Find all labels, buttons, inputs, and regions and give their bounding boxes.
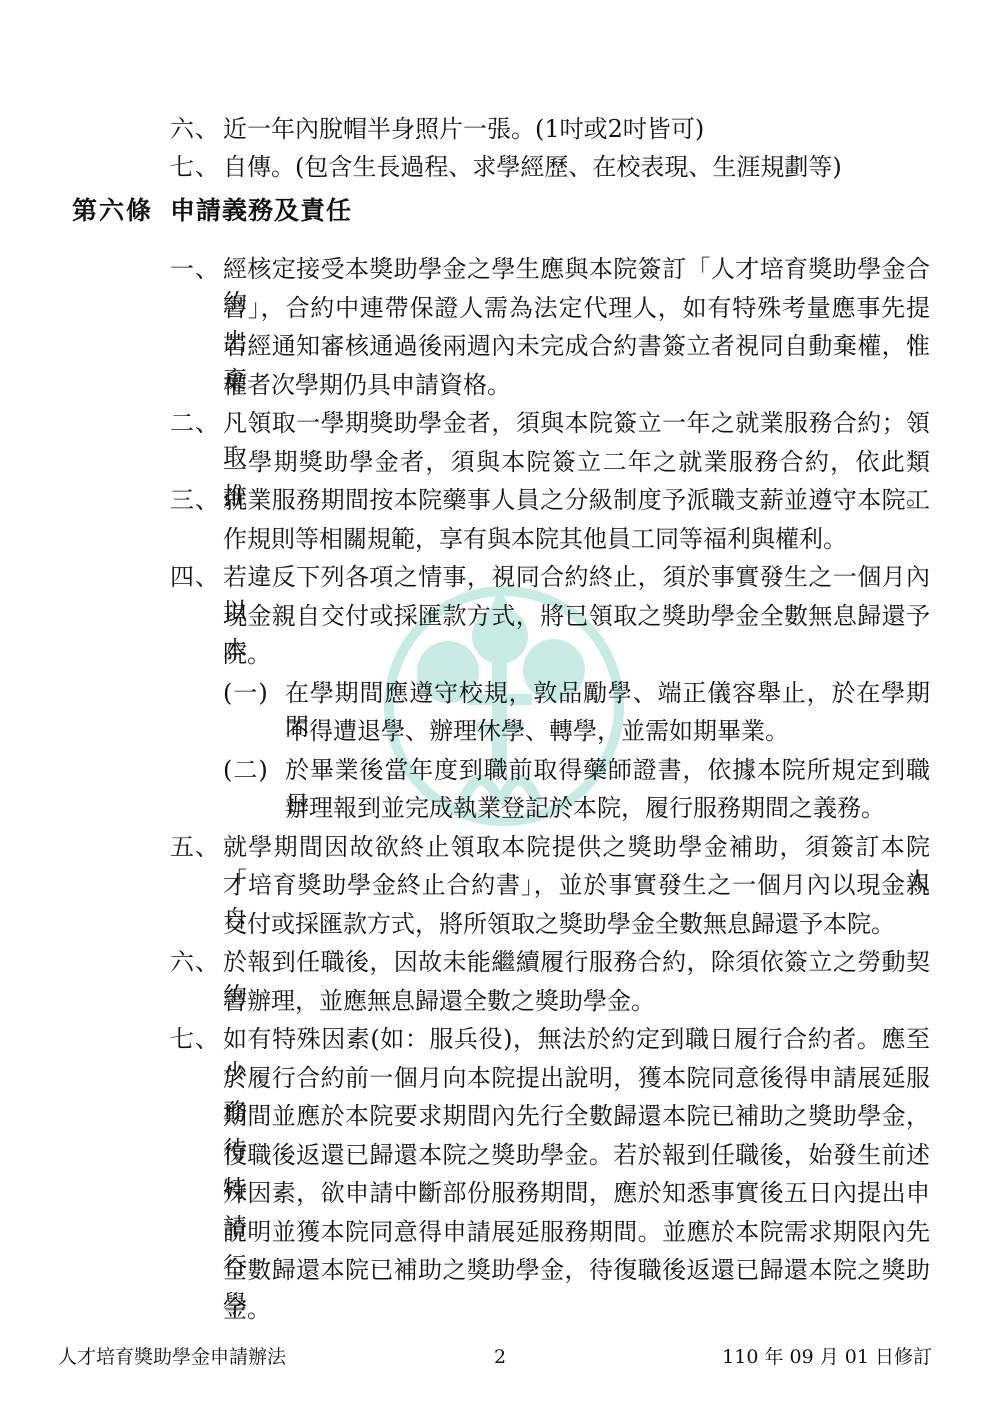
body-line: 權者次學期仍具申請資格。 bbox=[0, 368, 1000, 407]
body-line: 二、凡領取一學期獎助學金者，須與本院簽立一年之就業服務合約；領取 bbox=[0, 406, 1000, 445]
document-body: 六、近一年內脫帽半身照片一張。(1吋或2吋皆可)七、自傳。(包含生長過程、求學經… bbox=[0, 0, 1000, 1414]
body-line: 才培育獎助學金終止合約書」，並於事實發生之一個月內以現金親自 bbox=[0, 868, 1000, 907]
line-text: 金。 bbox=[223, 1292, 930, 1326]
body-line: 現金親自交付或採匯款方式，將已領取之獎助學金全數無息歸還予本 bbox=[0, 599, 1000, 638]
list-number: 七、 bbox=[170, 150, 220, 184]
list-number: 一、 bbox=[170, 252, 220, 286]
body-line: 五、就學期間因故欲終止領取本院提供之獎助學金補助，須簽訂本院「人 bbox=[0, 830, 1000, 869]
list-number: 四、 bbox=[170, 560, 220, 594]
line-text: 不得遭退學、辦理休學、轉學，並需如期畢業。 bbox=[285, 714, 930, 748]
body-line: 六、近一年內脫帽半身照片一張。(1吋或2吋皆可) bbox=[0, 112, 1000, 151]
body-line: 金。 bbox=[0, 1292, 1000, 1331]
document-page: 第六條 申請義務及責任 六、近一年內脫帽半身照片一張。(1吋或2吋皆可)七、自傳… bbox=[0, 0, 1000, 1414]
body-line: 於履行合約前一個月向本院提出說明，獲本院同意後得申請展延服務 bbox=[0, 1061, 1000, 1100]
footer: 人才培育獎助學金申請辦法 2 110 年 09 月 01 日修訂 bbox=[0, 1344, 1000, 1374]
line-text: 交付或採匯款方式，將所領取之獎助學金全數無息歸還予本院。 bbox=[223, 907, 930, 941]
body-line: 六、於報到任職後，因故未能繼續履行服務合約，除須依簽立之勞動契約 bbox=[0, 945, 1000, 984]
body-line: 七、如有特殊因素(如：服兵役)，無法於約定到職日履行合約者。應至少 bbox=[0, 1022, 1000, 1061]
body-line: 三、就業服務期間按本院藥事人員之分級制度予派職支薪並遵守本院工 bbox=[0, 483, 1000, 522]
body-line: 一、經核定接受本獎助學金之學生應與本院簽訂「人才培育獎助學金合約 bbox=[0, 252, 1000, 291]
body-line: 全數歸還本院已補助之獎助學金，待復職後返還已歸還本院之獎助學 bbox=[0, 1253, 1000, 1292]
line-text: 書辦理，並應無息歸還全數之獎助學金。 bbox=[223, 984, 930, 1018]
list-number: (二) bbox=[223, 753, 269, 787]
list-number: 六、 bbox=[170, 945, 220, 979]
list-number: (一) bbox=[223, 676, 269, 710]
body-line: 不得遭退學、辦理休學、轉學，並需如期畢業。 bbox=[0, 714, 1000, 753]
list-number: 七、 bbox=[170, 1022, 220, 1056]
body-line: 書辦理，並應無息歸還全數之獎助學金。 bbox=[0, 984, 1000, 1023]
body-line: 二學期獎助學金者，須與本院簽立二年之就業服務合約，依此類推。 bbox=[0, 445, 1000, 484]
line-text: 權者次學期仍具申請資格。 bbox=[223, 368, 930, 402]
line-text: 近一年內脫帽半身照片一張。(1吋或2吋皆可) bbox=[223, 112, 930, 146]
body-line: 書」，合約中連帶保證人需為法定代理人，如有特殊考量應事先提出； bbox=[0, 291, 1000, 330]
body-line: 七、自傳。(包含生長過程、求學經歷、在校表現、生涯規劃等) bbox=[0, 150, 1000, 189]
body-line: 復職後返還已歸還本院之獎助學金。若於報到任職後，始發生前述特 bbox=[0, 1138, 1000, 1177]
body-line: 說明並獲本院同意得申請展延服務期間。並應於本院需求期限內先行 bbox=[0, 1215, 1000, 1254]
body-line: 辦理報到並完成執業登記於本院，履行服務期間之義務。 bbox=[0, 791, 1000, 830]
line-text: 自傳。(包含生長過程、求學經歷、在校表現、生涯規劃等) bbox=[223, 150, 930, 184]
list-number: 六、 bbox=[170, 112, 220, 146]
line-text: 辦理報到並完成執業登記於本院，履行服務期間之義務。 bbox=[285, 791, 930, 825]
body-line: (二)於畢業後當年度到職前取得藥師證書，依據本院所規定到職日 bbox=[0, 753, 1000, 792]
footer-revision-date: 110 年 09 月 01 日修訂 bbox=[722, 1344, 932, 1370]
body-line: 作規則等相關規範，享有與本院其他員工同等福利與權利。 bbox=[0, 522, 1000, 561]
list-number: 五、 bbox=[170, 830, 220, 864]
body-line: (一)在學期間應遵守校規，敦品勵學、端正儀容舉止，於在學期間 bbox=[0, 676, 1000, 715]
body-line: 殊因素，欲申請中斷部份服務期間，應於知悉事實後五日內提出申請 bbox=[0, 1176, 1000, 1215]
line-text: 就業服務期間按本院藥事人員之分級制度予派職支薪並遵守本院工 bbox=[223, 483, 930, 517]
body-line: 期間並應於本院要求期間內先行全數歸還本院已補助之獎助學金，待 bbox=[0, 1099, 1000, 1138]
list-number: 三、 bbox=[170, 483, 220, 517]
body-line: 四、若違反下列各項之情事，視同合約終止，須於事實發生之一個月內以 bbox=[0, 560, 1000, 599]
body-line: 若經通知審核通過後兩週內未完成合約書簽立者視同自動棄權，惟棄 bbox=[0, 329, 1000, 368]
line-text: 作規則等相關規範，享有與本院其他員工同等福利與權利。 bbox=[223, 522, 930, 556]
list-number: 二、 bbox=[170, 406, 220, 440]
body-line: 交付或採匯款方式，將所領取之獎助學金全數無息歸還予本院。 bbox=[0, 907, 1000, 946]
line-text: 院。 bbox=[223, 637, 930, 671]
body-line: 院。 bbox=[0, 637, 1000, 676]
